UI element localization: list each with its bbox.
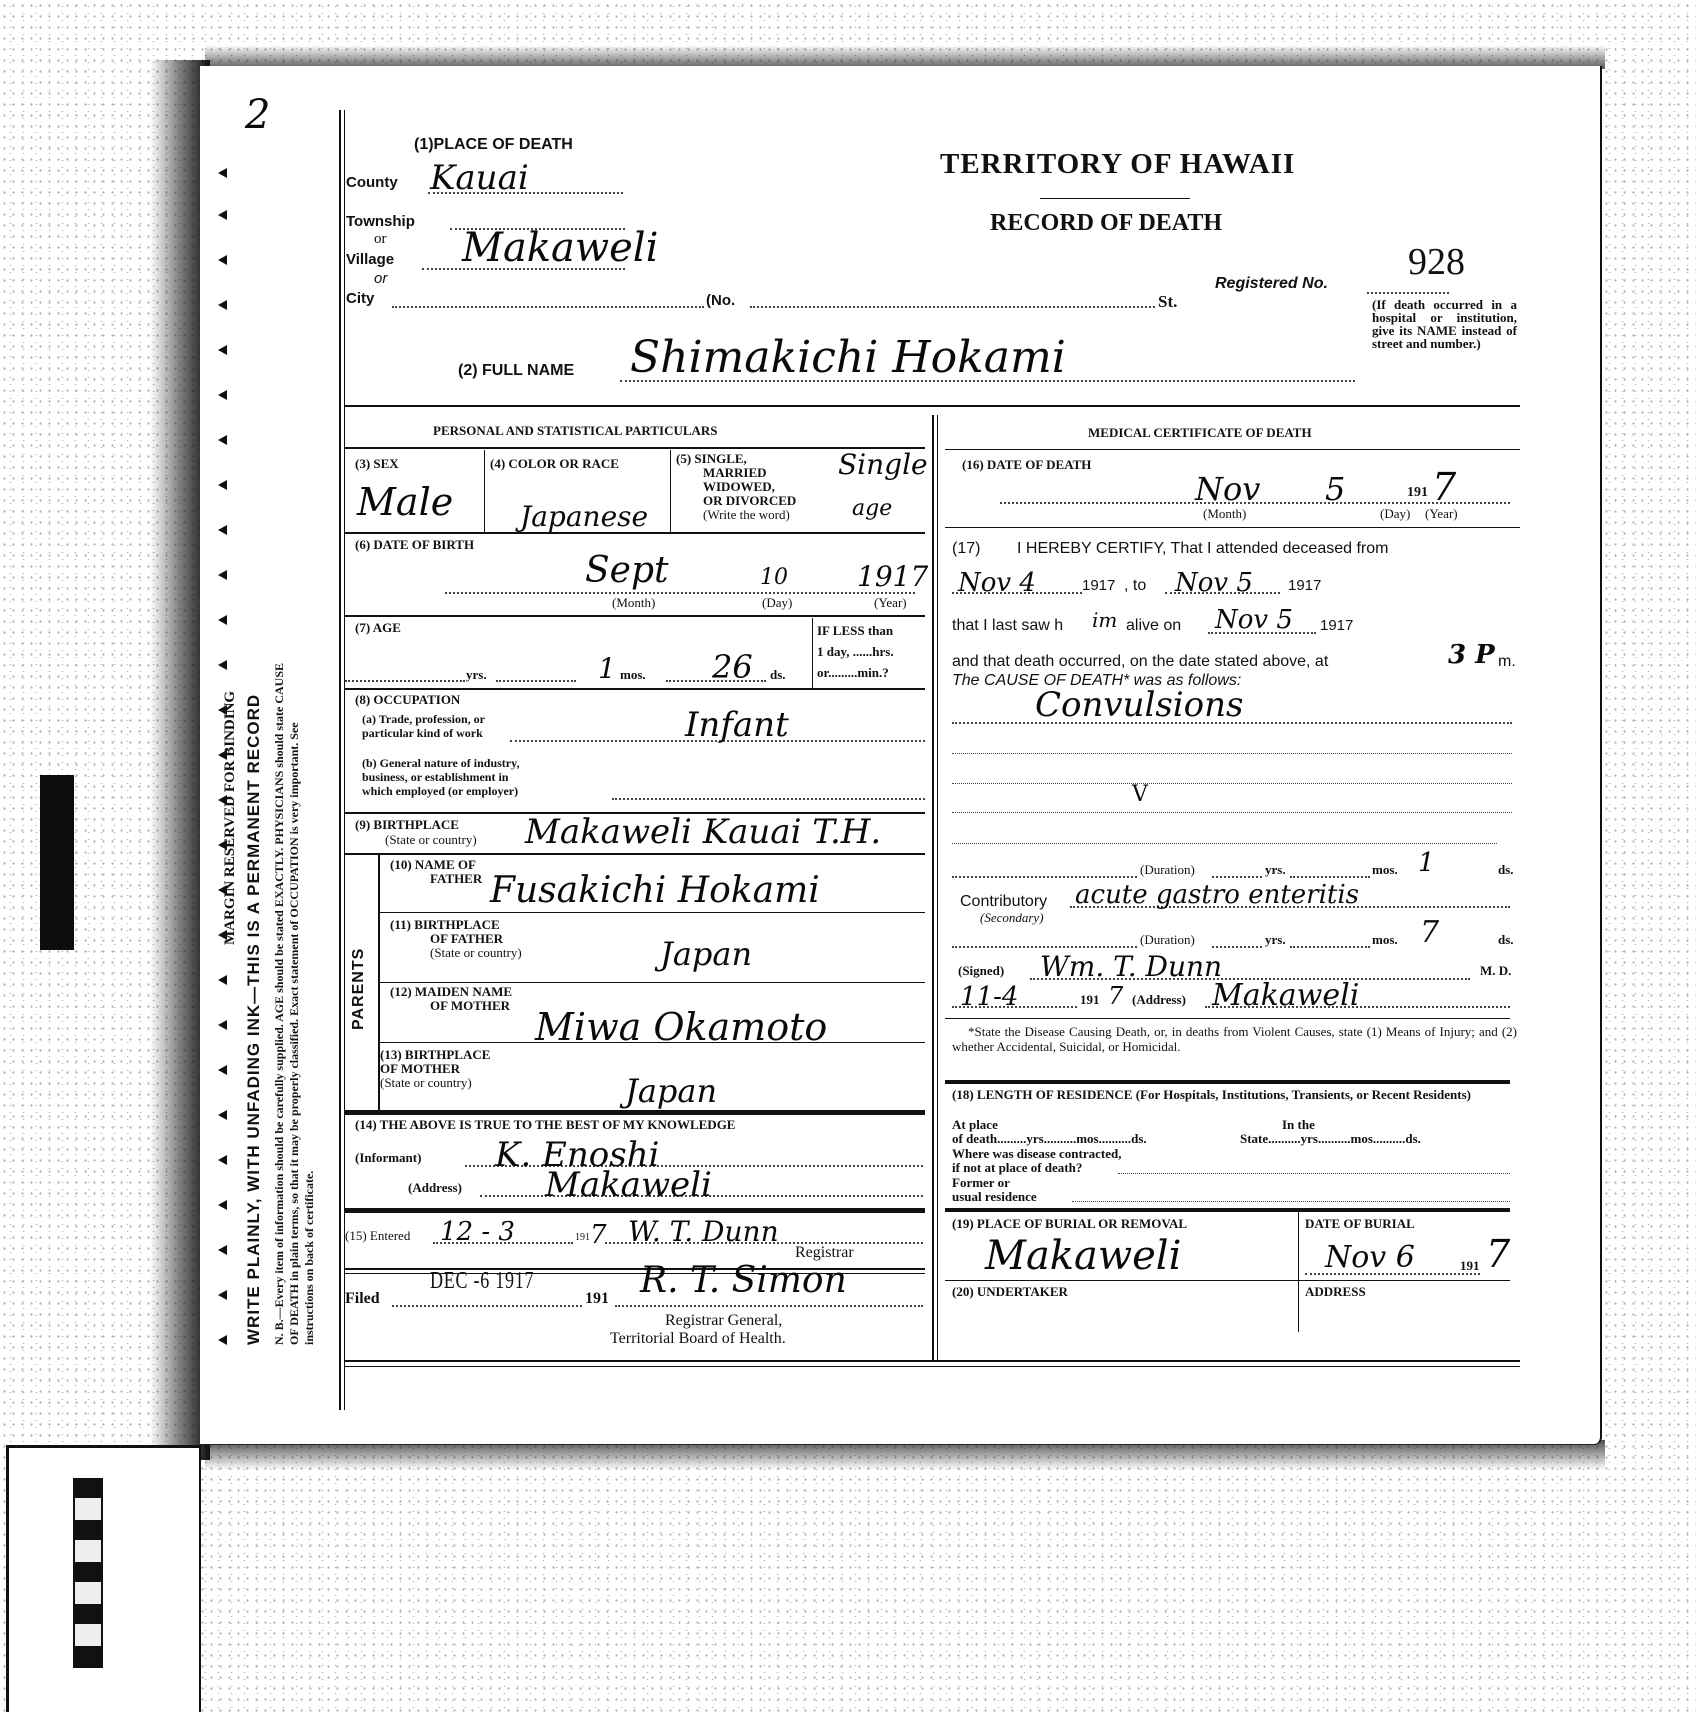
margin-arrow-icon	[218, 1290, 227, 1300]
margin-arrow-icon	[218, 1065, 227, 1075]
certify-statement: I HEREBY CERTIFY, That I attended deceas…	[1017, 540, 1388, 558]
village-value: Makaweli	[462, 225, 658, 271]
street-no-label: (No.	[706, 292, 735, 309]
signed-date: 11-4	[960, 982, 1018, 1012]
occupation-value: Infant	[685, 705, 789, 745]
marital-status-value: Single	[838, 448, 928, 481]
attended-from-date: Nov 4	[958, 568, 1036, 598]
full-name-value: Shimakichi Hokami	[630, 332, 1066, 383]
death-month: Nov	[1195, 470, 1260, 508]
place-of-death-heading: (1)PLACE OF DEATH	[414, 136, 573, 154]
time-of-death: 3 P	[1448, 640, 1495, 670]
full-name-label: (2) FULL NAME	[458, 362, 574, 380]
column-divider	[932, 415, 934, 1360]
margin-nb-line2: OF DEATH in plain terms, so that it may …	[287, 722, 302, 1345]
attestation-heading: (14) THE ABOVE IS TRUE TO THE BEST OF MY…	[355, 1117, 735, 1133]
margin-permanent-text: WRITE PLAINLY, WITH UNFADING INK—THIS IS…	[244, 694, 264, 1345]
cause-of-death: Convulsions	[1035, 685, 1244, 725]
binding-tab	[40, 775, 74, 950]
margin-arrow-icon	[218, 390, 227, 400]
county-label: County	[346, 174, 398, 191]
hospital-note: (If death occurred in a hospital or inst…	[1372, 298, 1517, 350]
margin-arrow-icon	[218, 168, 227, 178]
cause-footnote: *State the Disease Causing Death, or, in…	[952, 1024, 1517, 1054]
margin-binding-text: MARGIN RESERVED FOR BINDING	[222, 691, 239, 945]
margin-arrow-icon	[218, 210, 227, 220]
margin-arrow-icon	[218, 1245, 227, 1255]
margin-arrow-icon	[218, 255, 227, 265]
dob-month: Sept	[585, 550, 668, 591]
margin-nb-line1: N. B.—Every item of information should b…	[272, 663, 287, 1345]
margin-arrow-icon	[218, 1020, 227, 1030]
margin-arrow-icon	[218, 660, 227, 670]
village-label: Village	[346, 251, 394, 268]
registered-no-value: 928	[1408, 240, 1465, 284]
death-year: 7	[1432, 465, 1456, 509]
physician-address: Makaweli	[1212, 978, 1359, 1013]
death-day: 5	[1325, 470, 1345, 508]
form-border-left	[339, 110, 341, 1410]
filed-stamp: DEC -6 1917	[430, 1268, 534, 1295]
margin-arrow-icon	[218, 1110, 227, 1120]
age-months: 1	[598, 652, 616, 685]
margin-arrow-icon	[218, 300, 227, 310]
race-value: Japanese	[520, 500, 648, 533]
mother-birthplace: Japan	[625, 1072, 717, 1110]
burial-date: Nov 6	[1325, 1240, 1415, 1275]
margin-arrow-icon	[218, 570, 227, 580]
document-title: TERRITORY OF HAWAII	[940, 148, 1295, 181]
last-seen-date: Nov 5	[1215, 605, 1293, 635]
margin-arrow-icon	[218, 480, 227, 490]
birthplace-value: Makaweli Kauai T.H.	[525, 812, 881, 852]
margin-arrow-icon	[218, 435, 227, 445]
margin-arrow-icon	[218, 615, 227, 625]
margin-arrow-icon	[218, 1200, 227, 1210]
margin-arrow-icon	[218, 1335, 227, 1345]
form-border-left-inner	[344, 110, 345, 1410]
cause-duration-days: 1	[1418, 848, 1435, 878]
residence-heading: (18) LENGTH OF RESIDENCE (For Hospitals,…	[952, 1088, 1517, 1102]
county-value: Kauai	[430, 158, 529, 198]
dob-year: 1917	[857, 560, 928, 593]
contributory-cause: acute gastro enteritis	[1075, 880, 1359, 910]
document-subtitle: RECORD OF DEATH	[990, 210, 1222, 237]
margin-arrow-icon	[218, 525, 227, 535]
sex-value: Male	[357, 480, 453, 524]
father-name: Fusakichi Hokami	[490, 870, 820, 911]
registrar-general-signature: R. T. Simon	[640, 1260, 847, 1301]
entered-date: 12 - 3	[440, 1217, 515, 1247]
contributory-duration-days: 7	[1420, 915, 1439, 950]
physician-signature: Wm. T. Dunn	[1040, 950, 1222, 983]
corner-mark: 2	[245, 92, 270, 138]
medical-heading: MEDICAL CERTIFICATE OF DEATH	[1088, 425, 1312, 441]
age-days: 26	[712, 648, 753, 686]
registered-no-label: Registered No.	[1215, 275, 1328, 293]
city-label: City	[346, 290, 374, 307]
registrar-signature: W. T. Dunn	[628, 1215, 779, 1248]
father-birthplace: Japan	[660, 935, 752, 973]
margin-nb-line3: instructions on back of certificate.	[302, 1171, 317, 1345]
street-label: St.	[1158, 292, 1177, 312]
margin-arrow-icon	[218, 975, 227, 985]
scan-frame-bottom-left	[6, 1445, 201, 1712]
parents-label: PARENTS	[350, 948, 368, 1030]
attended-to-date: Nov 5	[1175, 568, 1253, 598]
margin-arrow-icon	[218, 1155, 227, 1165]
burial-year: 7	[1486, 1232, 1510, 1276]
marital-note: age	[852, 496, 892, 521]
personal-heading: PERSONAL AND STATISTICAL PARTICULARS	[433, 423, 718, 439]
informant-address: Makaweli	[545, 1165, 712, 1205]
margin-arrow-icon	[218, 345, 227, 355]
township-label: Township	[346, 213, 415, 230]
burial-place: Makaweli	[985, 1233, 1181, 1279]
calibration-strip	[73, 1478, 103, 1668]
dob-day: 10	[760, 565, 788, 590]
